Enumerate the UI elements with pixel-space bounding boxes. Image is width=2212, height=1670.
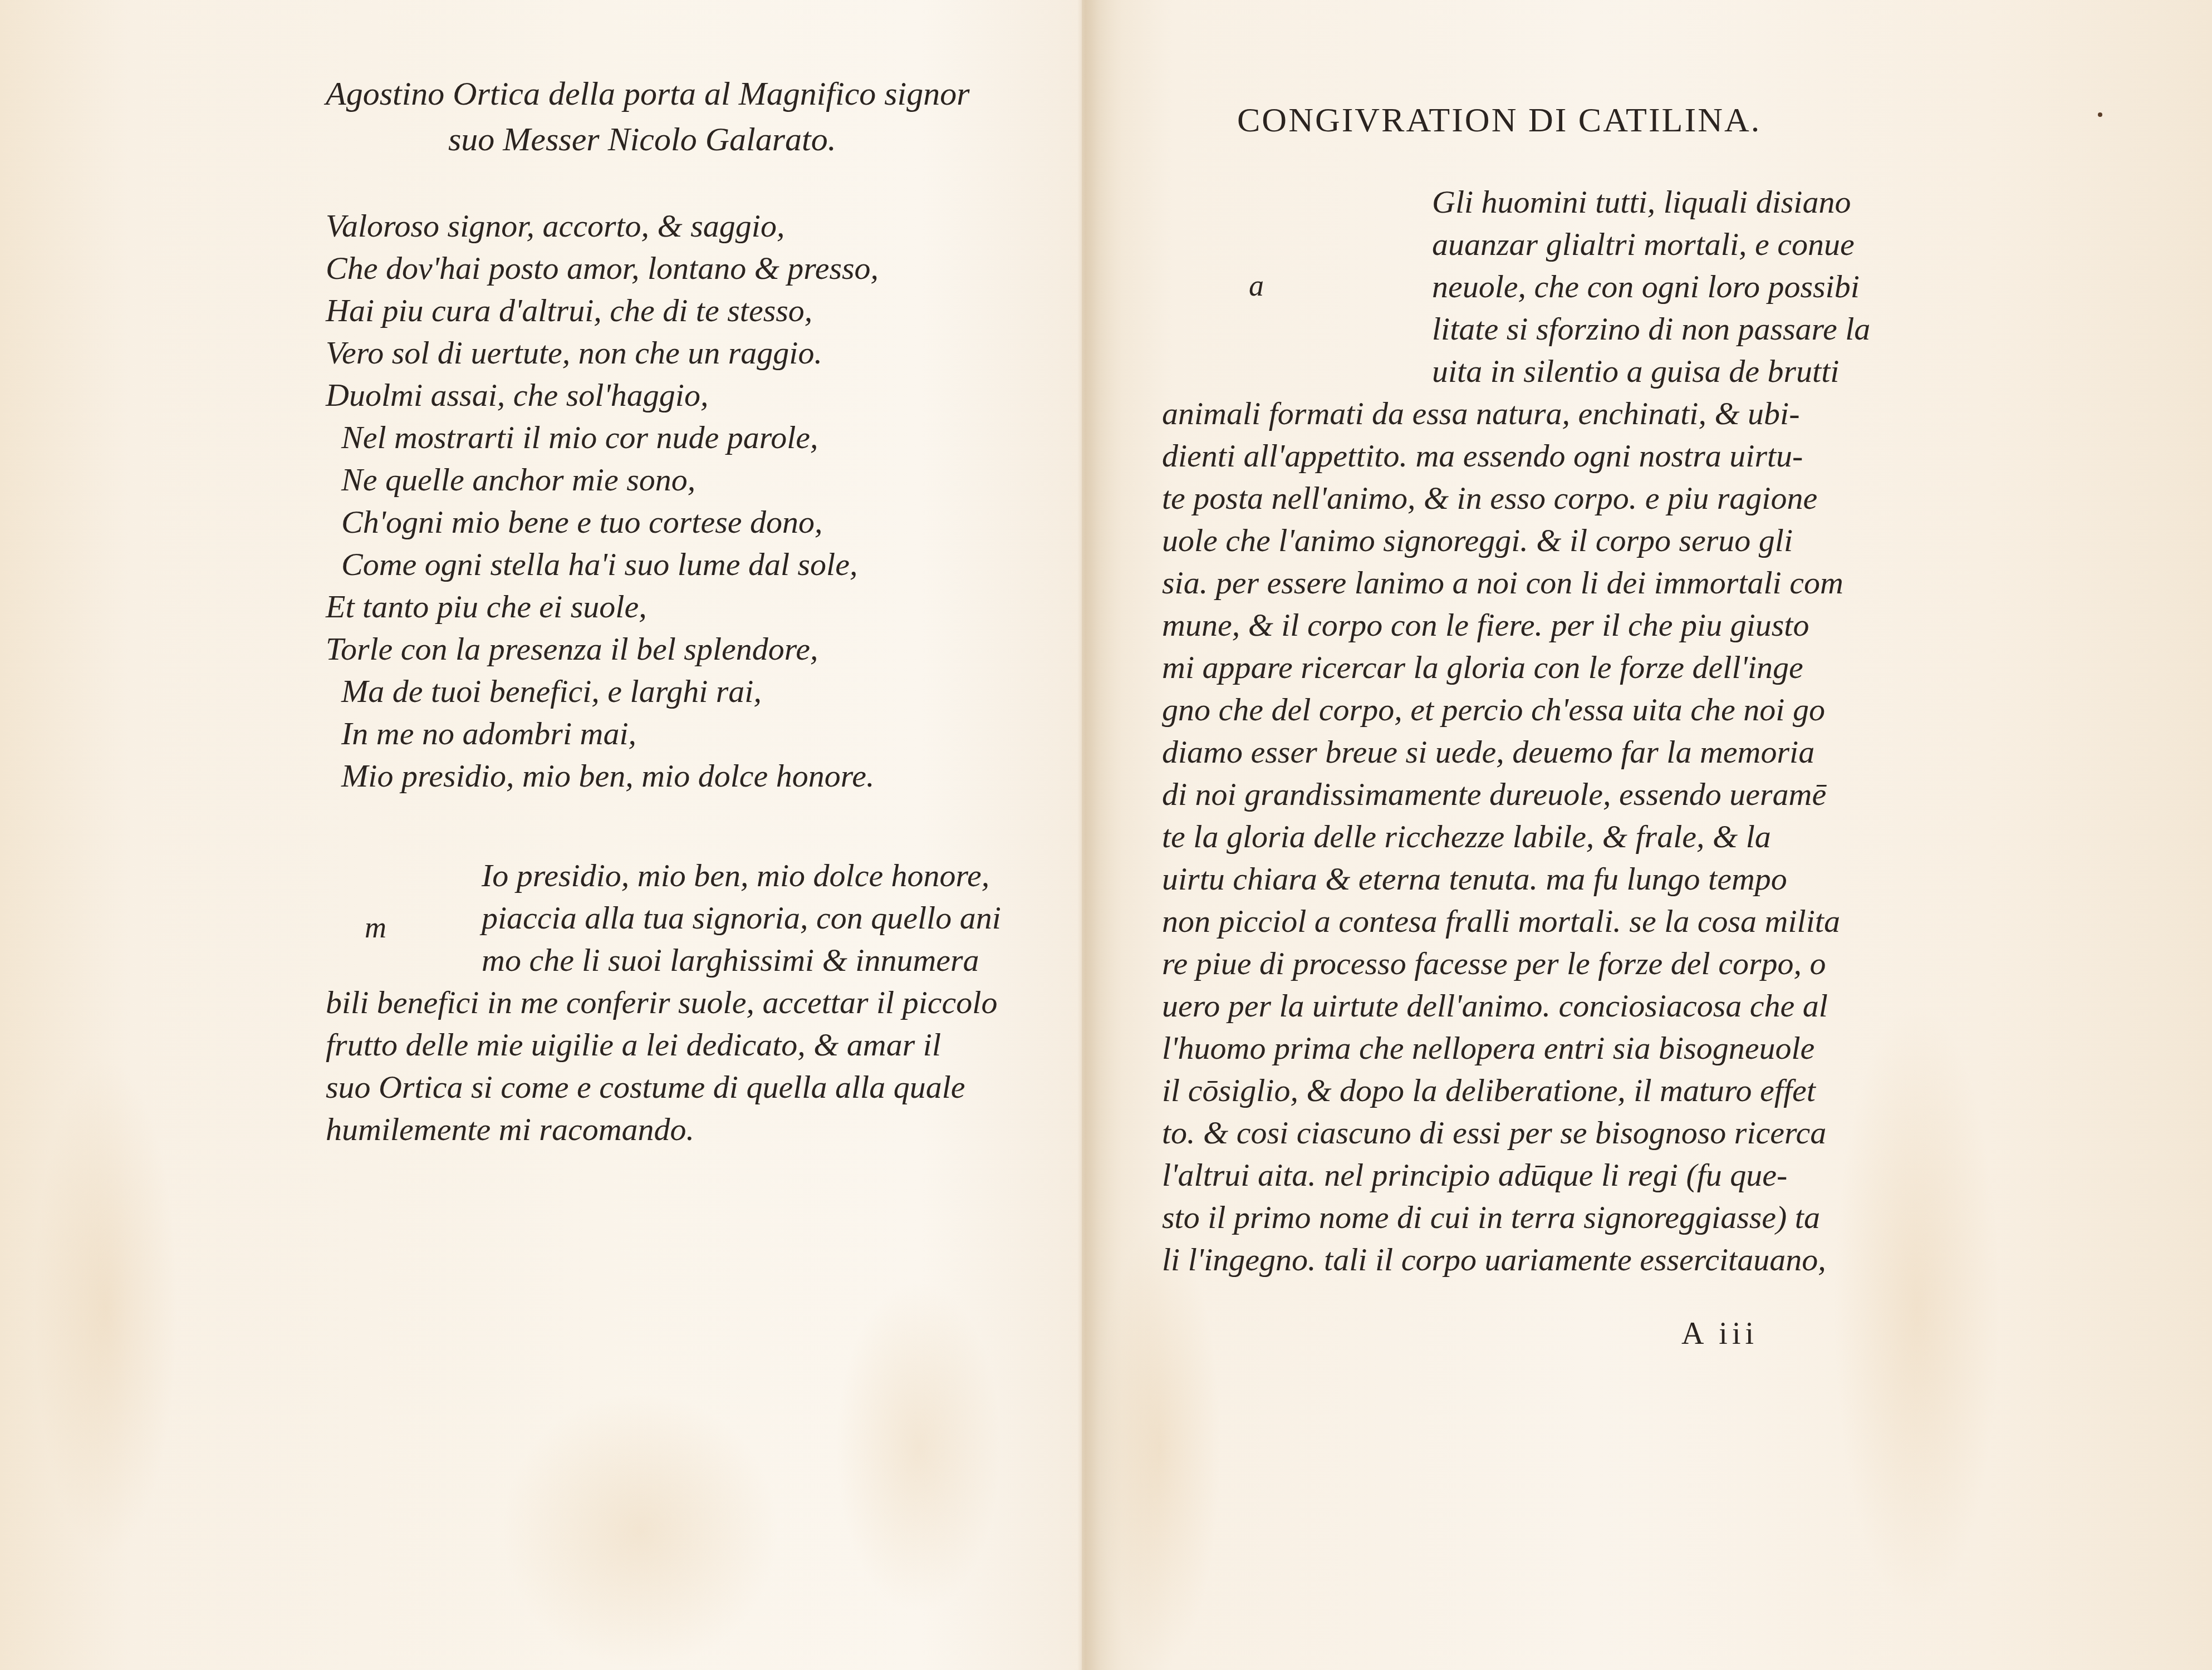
prose-line: mo che li suoi larghissimi & innumera	[326, 939, 1027, 981]
prose-line: diamo esser breue si uede, deuemo far la…	[1162, 731, 1886, 773]
verse-line: Mio presidio, mio ben, mio dolce honore.	[326, 755, 879, 797]
prose-line: Io presidio, mio ben, mio dolce honore,	[326, 854, 1027, 897]
prose-line: non picciol a contesa fralli mortali. se…	[1162, 900, 1886, 942]
prose-line: re piue di processo facesse per le forze…	[1162, 942, 1886, 985]
prose-line: te posta nell'animo, & in esso corpo. e …	[1162, 477, 1886, 519]
verse-line: Ma de tuoi benefici, e larghi rai,	[326, 670, 879, 713]
catilina-prose: Gli huomini tutti, liquali disiano auanz…	[1162, 181, 1886, 1281]
verse-line: Ch'ogni mio bene e tuo cortese dono,	[326, 501, 879, 543]
signature-mark: A iii	[1681, 1313, 1758, 1355]
prose-line: animali formati da essa natura, enchinat…	[1162, 392, 1886, 435]
prose-line: to. & cosi ciascuno di essi per se bisog…	[1162, 1112, 1886, 1154]
dedication-prose: Io presidio, mio ben, mio dolce honore, …	[326, 854, 1027, 1151]
prose-line: bili benefici in me conferir suole, acce…	[326, 981, 1027, 1024]
prose-line: sto il primo nome di cui in terra signor…	[1162, 1196, 1886, 1239]
prose-line: uero per la uirtute dell'animo. conciosi…	[1162, 985, 1886, 1027]
prose-line: l'altrui aita. nel principio adūque li r…	[1162, 1154, 1886, 1196]
book-spread: Agostino Ortica della porta al Magnifico…	[0, 0, 2212, 1670]
book-gutter	[1077, 0, 1122, 1670]
foxing-stain	[835, 1280, 1002, 1614]
prose-line: mune, & il corpo con le fiere. per il ch…	[1162, 604, 1886, 646]
dedication-title-line-1: Agostino Ortica della porta al Magnifico…	[326, 72, 970, 115]
foxing-stain	[501, 1392, 779, 1670]
prose-line: frutto delle mie uigilie a lei dedicato,…	[326, 1024, 1027, 1066]
ink-speck	[2098, 112, 2102, 117]
dedication-verse: Valoroso signor, accorto, & saggio, Che …	[326, 205, 879, 797]
running-header: CONGIVRATION DI CATILINA.	[1237, 99, 1761, 141]
prose-line: humilemente mi racomando.	[326, 1108, 1027, 1151]
prose-line: uita in silentio a guisa de brutti	[1162, 350, 1886, 392]
verse-line: Nel mostrarti il mio cor nude parole,	[326, 416, 879, 459]
dedication-title-line-2: suo Messer Nicolo Galarato.	[448, 118, 836, 160]
verse-line: Hai piu cura d'altrui, che di te stesso,	[326, 289, 879, 332]
prose-line: gno che del corpo, et percio ch'essa uit…	[1162, 689, 1886, 731]
verse-line: In me no adombri mai,	[326, 713, 879, 755]
prose-line: auanzar glialtri mortali, e conue	[1162, 223, 1886, 266]
prose-line: li l'ingegno. tali il corpo uariamente e…	[1162, 1239, 1886, 1281]
foxing-stain	[33, 1058, 178, 1559]
prose-line: Gli huomini tutti, liquali disiano	[1162, 181, 1886, 223]
verse-line: Torle con la presenza il bel splendore,	[326, 628, 879, 670]
prose-line: dienti all'appettito. ma essendo ogni no…	[1162, 435, 1886, 477]
prose-line: piaccia alla tua signoria, con quello an…	[326, 897, 1027, 939]
left-page: Agostino Ortica della porta al Magnifico…	[0, 0, 1082, 1670]
prose-line: te la gloria delle ricchezze labile, & f…	[1162, 816, 1886, 858]
verse-line: Vero sol di uertute, non che un raggio.	[326, 332, 879, 374]
verse-line: Duolmi assai, che sol'haggio,	[326, 374, 879, 416]
verse-line: Che dov'hai posto amor, lontano & presso…	[326, 247, 879, 289]
verse-line: Come ogni stella ha'i suo lume dal sole,	[326, 543, 879, 586]
prose-line: di noi grandissimamente dureuole, essend…	[1162, 773, 1886, 816]
prose-line: mi appare ricercar la gloria con le forz…	[1162, 646, 1886, 689]
verse-line: Ne quelle anchor mie sono,	[326, 459, 879, 501]
prose-line: sia. per essere lanimo a noi con li dei …	[1162, 562, 1886, 604]
verse-line: Valoroso signor, accorto, & saggio,	[326, 205, 879, 247]
prose-line: uole che l'animo signoreggi. & il corpo …	[1162, 519, 1886, 562]
prose-line: suo Ortica si come e costume di quella a…	[326, 1066, 1027, 1108]
verse-line: Et tanto piu che ei suole,	[326, 586, 879, 628]
prose-line: il cōsiglio, & dopo la deliberatione, il…	[1162, 1069, 1886, 1112]
prose-line: neuole, che con ogni loro possibi	[1162, 266, 1886, 308]
prose-line: uirtu chiara & eterna tenuta. ma fu lung…	[1162, 858, 1886, 900]
prose-line: litate si sforzino di non passare la	[1162, 308, 1886, 350]
prose-line: l'huomo prima che nellopera entri sia bi…	[1162, 1027, 1886, 1069]
